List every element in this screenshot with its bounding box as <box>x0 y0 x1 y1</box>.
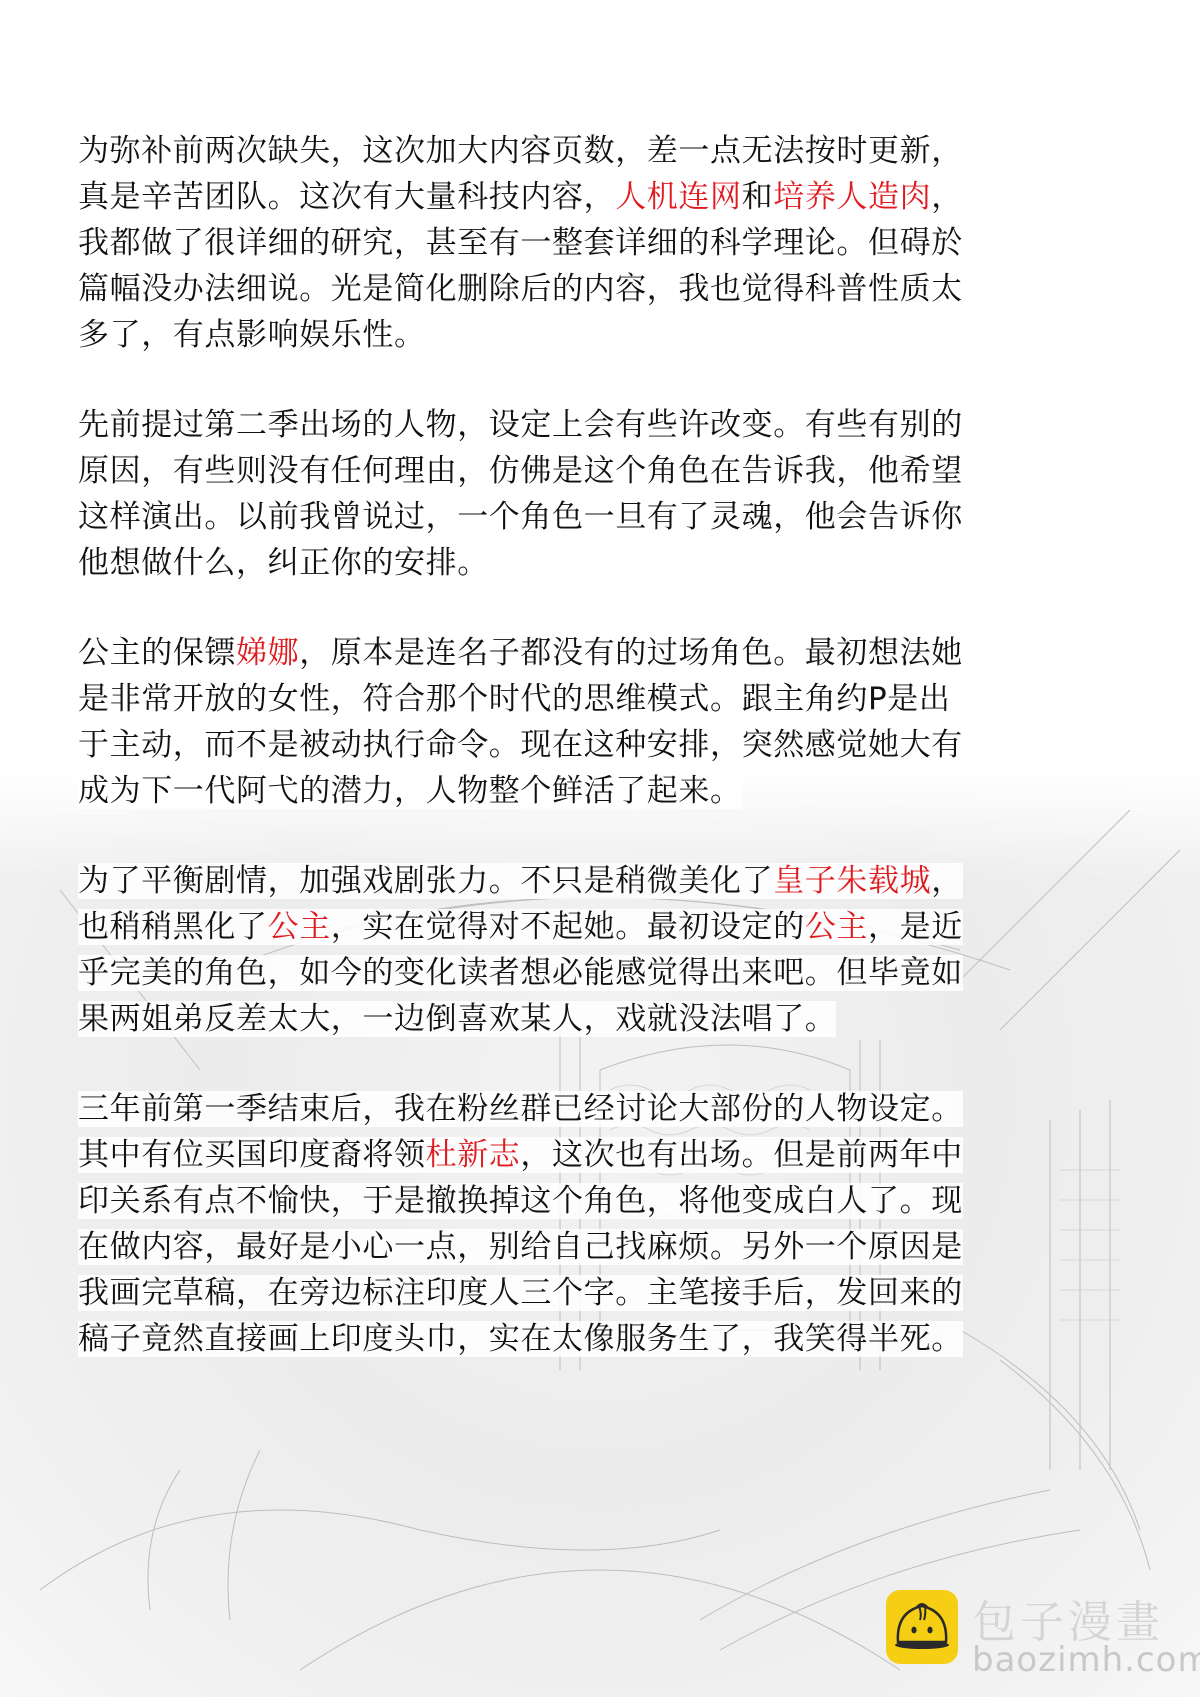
text-line: 为弥补前两次缺失，这次加大内容页数，差一点无法按时更新， <box>78 128 1023 174</box>
highlighted-name: 杜新志 <box>426 1137 521 1173</box>
text-run: 先前提过第二季出场的人物，设定上会有些许改变。有些有别的 <box>78 407 963 443</box>
text-line: 公主的保镖娣娜，原本是连名子都没有的过场角色。最初想法她 <box>78 630 1023 676</box>
paragraph-2: 先前提过第二季出场的人物，设定上会有些许改变。有些有别的原因，有些则没有任何理由… <box>78 402 1023 586</box>
paragraph-3: 公主的保镖娣娜，原本是连名子都没有的过场角色。最初想法她是非常开放的女性，符合那… <box>78 630 1023 814</box>
text-line: 乎完美的角色，如今的变化读者想必能感觉得出来吧。但毕竟如 <box>78 950 1023 996</box>
text-run: ， <box>931 179 963 215</box>
highlighted-name: 皇子朱载城 <box>773 863 931 899</box>
steamed-bun-logo-icon <box>886 1590 958 1664</box>
text-run: ，实在觉得对不起她。最初设定的 <box>331 909 805 945</box>
text-line: 我画完草稿，在旁边标注印度人三个字。主笔接手后，发回来的 <box>78 1270 1023 1316</box>
text-run: 原因，有些则没有任何理由，仿佛是这个角色在告诉我，他希望 <box>78 453 963 489</box>
text-line: 原因，有些则没有任何理由，仿佛是这个角色在告诉我，他希望 <box>78 448 1023 494</box>
text-run: 多了，有点影响娱乐性。 <box>78 317 426 353</box>
text-run: 为弥补前两次缺失，这次加大内容页数，差一点无法按时更新， <box>78 133 963 169</box>
highlighted-name: 人机连网 <box>615 179 741 215</box>
text-run: ，是近 <box>868 909 963 945</box>
text-line: 我都做了很详细的研究，甚至有一整套详细的科学理论。但碍於 <box>78 220 1023 266</box>
text-run: 这样演出。以前我曾说过，一个角色一旦有了灵魂，他会告诉你 <box>78 499 963 535</box>
text-run: 稿子竟然直接画上印度头巾，实在太像服务生了，我笑得半死。 <box>78 1321 963 1357</box>
text-run: 为了平衡剧情，加强戏剧张力。不只是稍微美化了 <box>78 863 773 899</box>
text-run: 公主的保镖 <box>78 635 236 671</box>
text-line: 多了，有点影响娱乐性。 <box>78 312 1023 358</box>
paragraph-5: 三年前第一季结束后，我在粉丝群已经讨论大部份的人物设定。其中有位买国印度裔将领杜… <box>78 1086 1023 1362</box>
text-run: ，这次也有出场。但是前两年中 <box>520 1137 962 1173</box>
text-run: ，原本是连名子都没有的过场角色。最初想法她 <box>299 635 963 671</box>
text-line: 这样演出。以前我曾说过，一个角色一旦有了灵魂，他会告诉你 <box>78 494 1023 540</box>
text-line: 为了平衡剧情，加强戏剧张力。不只是稍微美化了皇子朱载城， <box>78 858 1023 904</box>
text-line: 果两姐弟反差太大，一边倒喜欢某人，戏就没法唱了。 <box>78 996 1023 1042</box>
text-line: 印关系有点不愉快，于是撤换掉这个角色，将他变成白人了。现 <box>78 1178 1023 1224</box>
text-run: 果两姐弟反差太大，一边倒喜欢某人，戏就没法唱了。 <box>78 1001 836 1037</box>
text-run: 是非常开放的女性，符合那个时代的思维模式。跟主角约P是出 <box>78 681 951 717</box>
text-run: 乎完美的角色，如今的变化读者想必能感觉得出来吧。但毕竟如 <box>78 955 963 991</box>
text-run: 于主动，而不是被动执行命令。现在这种安排，突然感觉她大有 <box>78 727 963 763</box>
paragraph-1: 为弥补前两次缺失，这次加大内容页数，差一点无法按时更新，真是辛苦团队。这次有大量… <box>78 128 1023 358</box>
text-run: 在做内容，最好是小心一点，别给自己找麻烦。另外一个原因是 <box>78 1229 963 1265</box>
highlighted-name: 培养人造肉 <box>773 179 931 215</box>
text-line: 先前提过第二季出场的人物，设定上会有些许改变。有些有别的 <box>78 402 1023 448</box>
text-run: 我都做了很详细的研究，甚至有一整套详细的科学理论。但碍於 <box>78 225 963 261</box>
text-line: 三年前第一季结束后，我在粉丝群已经讨论大部份的人物设定。 <box>78 1086 1023 1132</box>
text-run: 三年前第一季结束后，我在粉丝群已经讨论大部份的人物设定。 <box>78 1091 963 1127</box>
text-run: 我画完草稿，在旁边标注印度人三个字。主笔接手后，发回来的 <box>78 1275 963 1311</box>
text-line: 于主动，而不是被动执行命令。现在这种安排，突然感觉她大有 <box>78 722 1023 768</box>
text-line: 其中有位买国印度裔将领杜新志，这次也有出场。但是前两年中 <box>78 1132 1023 1178</box>
text-line: 他想做什么，纠正你的安排。 <box>78 540 1023 586</box>
highlighted-name: 公主 <box>268 909 331 945</box>
highlighted-name: 公主 <box>805 909 868 945</box>
paragraph-4: 为了平衡剧情，加强戏剧张力。不只是稍微美化了皇子朱载城，也稍稍黑化了公主，实在觉… <box>78 858 1023 1042</box>
site-watermark: 包子漫畫 baozimh.com <box>972 1586 1200 1676</box>
text-line: 是非常开放的女性，符合那个时代的思维模式。跟主角约P是出 <box>78 676 1023 722</box>
text-line: 在做内容，最好是小心一点，别给自己找麻烦。另外一个原因是 <box>78 1224 1023 1270</box>
highlighted-name: 娣娜 <box>236 635 299 671</box>
text-run: 也稍稍黑化了 <box>78 909 268 945</box>
text-run: 他想做什么，纠正你的安排。 <box>78 545 489 581</box>
text-line: 真是辛苦团队。这次有大量科技内容，人机连网和培养人造肉， <box>78 174 1023 220</box>
text-run: 篇幅没办法细说。光是简化删除后的内容，我也觉得科普性质太 <box>78 271 963 307</box>
text-line: 成为下一代阿弋的潜力，人物整个鲜活了起来。 <box>78 768 1023 814</box>
text-run: 其中有位买国印度裔将领 <box>78 1137 426 1173</box>
text-run: ， <box>931 863 963 899</box>
text-line: 稿子竟然直接画上印度头巾，实在太像服务生了，我笑得半死。 <box>78 1316 1023 1362</box>
text-run: 印关系有点不愉快，于是撤换掉这个角色，将他变成白人了。现 <box>78 1183 963 1219</box>
text-line: 也稍稍黑化了公主，实在觉得对不起她。最初设定的公主，是近 <box>78 904 1023 950</box>
text-run: 真是辛苦团队。这次有大量科技内容， <box>78 179 615 215</box>
text-line: 篇幅没办法细说。光是简化删除后的内容，我也觉得科普性质太 <box>78 266 1023 312</box>
watermark-url: baozimh.com <box>972 1640 1200 1680</box>
text-run: 成为下一代阿弋的潜力，人物整个鲜活了起来。 <box>78 773 742 809</box>
text-run: 和 <box>742 179 774 215</box>
author-notes-article: 为弥补前两次缺失，这次加大内容页数，差一点无法按时更新，真是辛苦团队。这次有大量… <box>78 128 1023 1406</box>
